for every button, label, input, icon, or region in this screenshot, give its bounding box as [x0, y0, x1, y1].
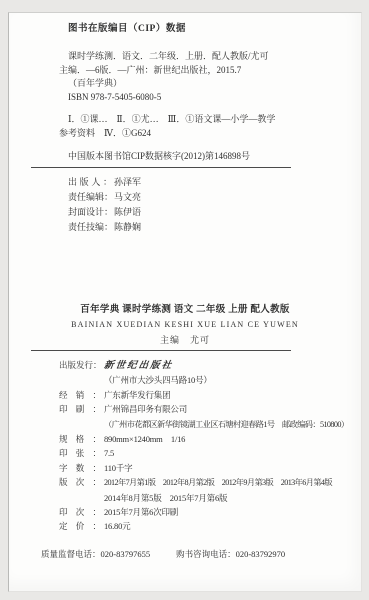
staff-list: 出版人：孙泽军 责任编辑：马文亮 封面设计：陈伊语 责任技编：陈静娴 [68, 175, 361, 235]
copyright-page: 图书在版编目（CIP）数据 课时学练测．语文．二年级．上册．配人教版/尤可 主编… [8, 12, 362, 592]
cip-header: 图书在版编目（CIP）数据 [68, 23, 361, 35]
staff-row-cover-design: 封面设计：陈伊语 [68, 205, 361, 220]
pub-row-price: 定价：16.80元 [59, 519, 361, 533]
pub-value: 广东新华发行集团 [101, 390, 170, 400]
staff-row-publisher: 出版人：孙泽军 [68, 175, 361, 190]
staff-label: 责任技编： [68, 220, 112, 235]
staff-row-editor: 责任编辑：马文亮 [68, 190, 361, 205]
staff-value: 陈伊语 [112, 207, 141, 217]
pub-row-impression: 印次：2015年7月第6次印刷 [59, 505, 361, 519]
pub-value: 2014年8月第5版 2015年7月第6版 [101, 493, 227, 503]
staff-value: 陈静娴 [112, 222, 141, 232]
cip-class-line1: Ⅰ．①课… Ⅱ．①尤… Ⅲ．①语文课—小学—教学 [59, 113, 361, 127]
pub-row-word-count: 字数：110千字 [59, 461, 361, 475]
cip-entry: 课时学练测．语文．二年级．上册．配人教版/尤可 主编．—6版．—广州：新世纪出版… [59, 50, 361, 104]
pub-label: 经销： [59, 388, 101, 402]
cip-entry-line1: 课时学练测．语文．二年级．上册．配人教版/尤可 [59, 50, 361, 64]
pub-value: 广州锦昌印务有限公司 [101, 404, 187, 414]
pub-value: 7.5 [101, 448, 114, 458]
pub-row-distribution: 经销：广东新华发行集团 [59, 388, 361, 402]
pub-value: （广州市花都区新华街镜湖工业区石塘村迎春路1号 邮政编码：510800） [101, 420, 349, 429]
publisher-logo-text: 新世纪出版社 [100, 359, 174, 373]
pub-row-publisher-address: （广州市大沙头四马路10号） [59, 373, 361, 387]
staff-value: 马文亮 [112, 192, 141, 202]
pub-value: 2015年7月第6次印刷 [101, 507, 178, 517]
purchase-phone: 购书咨询电话：020-83792970 [176, 549, 285, 559]
staff-label: 出版人： [68, 175, 112, 190]
pub-row-editions-line1: 版次：2012年7月第1版 2012年8月第2版 2012年9月第3版 2013… [59, 475, 361, 490]
pub-row-editions-line2: 2014年8月第5版 2015年7月第6版 [59, 491, 361, 505]
pub-row-publisher: 出版发行：新世纪出版社 [59, 358, 361, 373]
pub-row-printing-address: （广州市花都区新华街镜湖工业区石塘村迎春路1号 邮政编码：510800） [59, 417, 361, 432]
pub-label: 版次： [59, 475, 101, 489]
divider-rule-top [31, 167, 291, 168]
pub-row-format: 规格：890mm×1240mm 1/16 [59, 432, 361, 446]
pub-value: 890mm×1240mm 1/16 [101, 434, 185, 444]
publication-info: 出版发行：新世纪出版社 （广州市大沙头四马路10号） 经销：广东新华发行集团 印… [59, 358, 361, 534]
cip-series: （百年学典） [59, 77, 361, 91]
staff-label: 责任编辑： [68, 190, 112, 205]
book-editor: 主编 尤可 [9, 333, 361, 347]
staff-value: 孙泽军 [112, 177, 141, 187]
pub-label: 定价： [59, 519, 101, 533]
quality-phone: 质量监督电话：020-83797655 [41, 549, 150, 559]
cip-entry-line2: 主编．—6版．—广州：新世纪出版社，2015.7 [59, 64, 361, 78]
pub-label: 印次： [59, 505, 101, 519]
cip-record-number: 中国版本图书馆CIP数据核字(2012)第146898号 [68, 150, 361, 163]
pub-row-printing: 印刷：广州锦昌印务有限公司 [59, 402, 361, 416]
pub-value: 110千字 [101, 463, 132, 473]
pub-value: 16.80元 [101, 521, 130, 531]
pub-value: （广州市大沙头四马路10号） [101, 375, 212, 385]
staff-label: 封面设计： [68, 205, 112, 220]
pub-value: 2012年7月第1版 2012年8月第2版 2012年9月第3版 2013年6月… [101, 478, 332, 487]
divider-rule-bottom [31, 350, 291, 351]
pub-row-sheets: 印张：7.5 [59, 446, 361, 460]
cip-classification: Ⅰ．①课… Ⅱ．①尤… Ⅲ．①语文课—小学—教学 参考资料 Ⅳ．①G624 [59, 113, 361, 140]
pub-label: 规格： [59, 432, 101, 446]
book-title: 百年学典 课时学练测 语文 二年级 上册 配人教版 [9, 303, 361, 317]
staff-row-technical-editor: 责任技编：陈静娴 [68, 220, 361, 235]
pub-label: 印张： [59, 446, 101, 460]
cip-isbn: ISBN 978-7-5405-6080-5 [59, 91, 361, 105]
contact-phones: 质量监督电话：020-83797655购书咨询电话：020-83792970 [41, 548, 361, 561]
book-title-pinyin: BAINIAN XUEDIAN KESHI XUE LIAN CE YUWEN [9, 318, 361, 332]
pub-label: 字数： [59, 461, 101, 475]
cip-class-line2: 参考资料 Ⅳ．①G624 [59, 127, 361, 141]
book-title-block: 百年学典 课时学练测 语文 二年级 上册 配人教版 BAINIAN XUEDIA… [9, 303, 361, 347]
pub-label: 出版发行： [59, 358, 101, 372]
pub-label: 印刷： [59, 402, 101, 416]
